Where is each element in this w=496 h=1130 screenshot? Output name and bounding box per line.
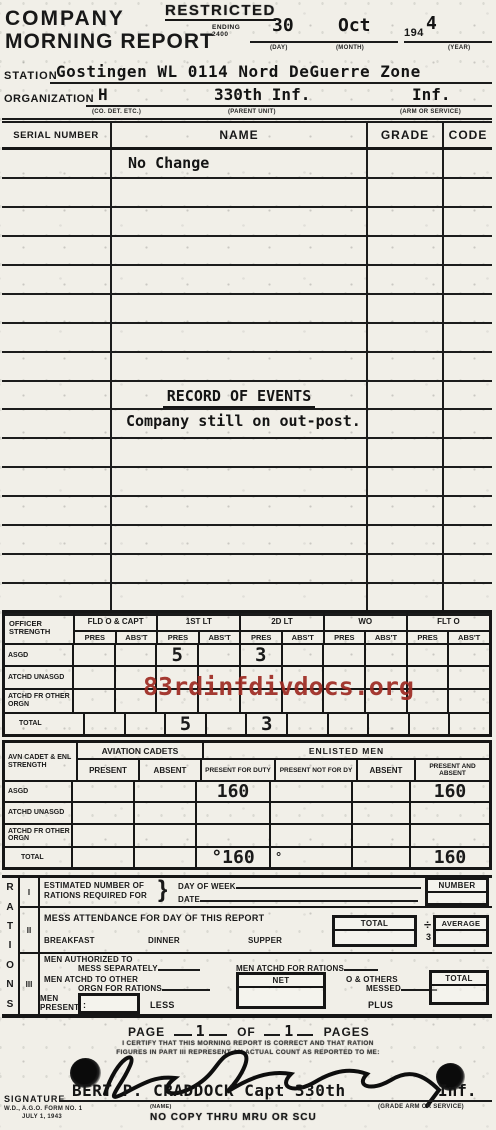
- pres-header: PRES: [158, 632, 200, 643]
- column-header-code: CODE: [444, 123, 492, 147]
- enlisted-row-total: TOTAL °160 ° 160: [5, 848, 489, 867]
- asgd-2d-lt-pres: 3: [241, 645, 283, 665]
- estimated-number-label-1: ESTIMATED NUMBER OF: [44, 881, 144, 890]
- roster-empty-row: [2, 353, 492, 382]
- pres-header: PRES: [241, 632, 283, 643]
- year-underline: [404, 41, 492, 43]
- plus-label: PLUS: [368, 1000, 393, 1010]
- station-label: STATION: [4, 70, 58, 82]
- rations-part-ii: II: [20, 908, 38, 954]
- page-number: 1: [196, 1022, 205, 1040]
- number-box: NUMBER: [425, 877, 489, 906]
- men-atchd-to-other-label: MEN ATCHD TO OTHER: [44, 975, 138, 984]
- men-authorized-label: MEN AUTHORIZED TO: [44, 955, 133, 964]
- estimated-number-label-2: RATIONS REQUIRED FOR: [44, 891, 147, 900]
- no-copy-stamp: NO COPY THRU MRU OR SCU: [150, 1112, 317, 1123]
- day-sublabel: (DAY): [270, 45, 288, 51]
- total-1st-lt-pres: 5: [166, 714, 207, 734]
- officer-row-total: TOTAL 5 3: [5, 714, 489, 734]
- morning-report-document: RESTRICTED COMPANY MORNING REPORT ENDING…: [0, 0, 496, 1130]
- roster-empty-row: [2, 584, 492, 613]
- abst-header: ABS'T: [283, 632, 325, 643]
- record-of-events-title: RECORD OF EVENTS: [163, 387, 316, 408]
- report-day-value: 30: [272, 15, 294, 36]
- signature-underline: [60, 1100, 492, 1102]
- report-month-value: Oct: [338, 15, 371, 36]
- roster-empty-row: [2, 179, 492, 208]
- pres-header: PRES: [325, 632, 367, 643]
- enlisted-row-asgd: ASGD 160 160: [5, 782, 489, 803]
- less-label: LESS: [150, 1000, 175, 1010]
- roster-empty-row: [2, 324, 492, 353]
- page-title-line2: MORNING REPORT: [5, 30, 214, 54]
- ending-2400-label: ENDING 2400: [212, 24, 242, 38]
- grade-cell: [368, 150, 444, 177]
- rations-part-iii: III: [20, 954, 38, 1014]
- station-underline: [50, 82, 492, 84]
- aviation-cadets-group-header: AVIATION CADETS: [78, 743, 204, 758]
- total-present-not-for-duty: °: [271, 848, 353, 867]
- classification-banner: RESTRICTED: [165, 2, 276, 21]
- roster-empty-row: [2, 266, 492, 295]
- roster-header-row: SERIAL NUMBER NAME GRADE CODE: [2, 123, 492, 150]
- cadet-absent-header: ABSENT: [140, 760, 202, 780]
- cadet-present-header: PRESENT: [78, 760, 140, 780]
- mess-separately-label: MESS SEPARATELY: [78, 964, 158, 973]
- roster-empty-row: [2, 555, 492, 584]
- mess-total-box: TOTAL: [332, 915, 417, 947]
- mess-attendance-label: MESS ATTENDANCE FOR DAY OF THIS REPORT: [44, 913, 264, 923]
- rations-side-label: RAT ION S: [2, 878, 20, 1014]
- abst-header: ABS'T: [449, 632, 489, 643]
- present-not-for-duty-header: PRESENT NOT FOR DY: [276, 760, 358, 780]
- roster-entry-row: No Change: [2, 150, 492, 179]
- enlisted-strength-table: AVN CADET & ENL STRENGTH AVIATION CADETS…: [2, 740, 492, 870]
- organization-arm-value: Inf.: [412, 85, 451, 104]
- day-of-week-label: DAY OF WEEK: [178, 882, 236, 891]
- absent-header: ABSENT: [358, 760, 416, 780]
- roster-empty-row: [2, 526, 492, 555]
- signature-typed-name: BERT P. CRADDOCK Capt 330th: [72, 1081, 346, 1100]
- name-cell: No Change: [112, 150, 368, 177]
- orgn-for-rations-label: ORGN FOR RATIONS: [78, 984, 162, 993]
- name-sublabel: (NAME): [150, 1104, 172, 1110]
- roster-empty-row: [2, 497, 492, 526]
- rations-part-ii-section: MESS ATTENDANCE FOR DAY OF THIS REPORT B…: [40, 908, 492, 954]
- divide-by-three: 3: [426, 932, 431, 942]
- supper-label: SUPPER: [248, 936, 282, 945]
- o-and-others-label: O & OTHERS: [346, 975, 398, 984]
- pages-label: PAGES: [324, 1025, 370, 1039]
- messed-label: MESSED: [366, 984, 401, 993]
- asgd-present-for-duty: 160: [197, 782, 271, 801]
- report-year-digit: 4: [426, 13, 437, 34]
- enlisted-men-group-header: ENLISTED MEN: [204, 743, 489, 758]
- rations-total-box: TOTAL: [429, 970, 489, 1005]
- column-header-serial-number: SERIAL NUMBER: [2, 123, 112, 147]
- net-box: NET: [236, 972, 326, 1009]
- rations-part-i: I: [20, 878, 38, 908]
- roster-empty-row: [2, 237, 492, 266]
- serial-cell: [2, 150, 112, 177]
- asgd-1st-lt-pres: 5: [157, 645, 199, 665]
- rations-part-iii-section: MEN AUTHORIZED TO MESS SEPARATELY MEN AT…: [40, 954, 492, 1017]
- group-1st-lt: 1ST LT: [158, 613, 241, 630]
- abst-header: ABS'T: [200, 632, 242, 643]
- roster-empty-row: [2, 468, 492, 497]
- column-header-name: NAME: [112, 123, 368, 147]
- rations-section: RAT ION S I II III ESTIMATED NUMBER OF R…: [2, 875, 492, 1018]
- abst-header: ABS'T: [366, 632, 408, 643]
- present-and-absent-header: PRESENT AND ABSENT: [416, 760, 489, 780]
- organization-parent-unit-value: 330th Inf.: [214, 85, 310, 104]
- no-change-entry: No Change: [128, 154, 209, 172]
- roster-table: SERIAL NUMBER NAME GRADE CODE No Change: [2, 118, 492, 616]
- year-sublabel: (YEAR): [448, 45, 470, 51]
- present-for-duty-header: PRESENT FOR DUTY: [202, 760, 276, 780]
- page-title-line1: COMPANY: [5, 7, 125, 31]
- total-present-and-absent: 160: [411, 848, 489, 867]
- signature-arm-value: Inf.: [438, 1081, 477, 1100]
- average-box: AVERAGE: [433, 915, 489, 947]
- asgd-present-and-absent: 160: [411, 782, 489, 801]
- group-fld-o-capt: FLD O & CAPT: [75, 613, 158, 630]
- form-number-line1: W.D., A.G.O. FORM NO. 1: [4, 1106, 82, 1112]
- enlisted-corner-label: AVN CADET & ENL STRENGTH: [5, 743, 78, 780]
- organization-company-value: H: [98, 85, 108, 104]
- roster-empty-row: [2, 295, 492, 324]
- station-value: Gostingen WL 0114 Nord DeGuerre Zone: [56, 62, 421, 81]
- year-preprint: 194: [404, 27, 424, 39]
- company-sublabel: (CO. DET. ETC.): [92, 109, 141, 115]
- form-number-line2: JULY 1, 1943: [22, 1114, 62, 1120]
- pres-header: PRES: [408, 632, 450, 643]
- page-count-line: PAGE 1 OF 1 PAGES: [128, 1022, 370, 1041]
- of-label: OF: [237, 1025, 256, 1039]
- abst-header: ABS'T: [117, 632, 159, 643]
- date-underline: [250, 41, 398, 43]
- group-2d-lt: 2D LT: [241, 613, 324, 630]
- divide-sign: ÷: [424, 917, 431, 932]
- month-sublabel: (MONTH): [336, 45, 364, 51]
- organization-label: ORGANIZATION: [4, 93, 94, 105]
- column-header-grade: GRADE: [368, 123, 444, 147]
- men-present-box: :: [78, 993, 140, 1014]
- record-of-events-title-row: RECORD OF EVENTS: [2, 382, 492, 411]
- grade-arm-sublabel: (GRADE ARM OR SERVICE): [378, 1104, 464, 1110]
- organization-underline: [86, 105, 492, 107]
- breakfast-label: BREAKFAST: [44, 936, 95, 945]
- officer-strength-corner-label: OFFICER STRENGTH: [5, 613, 75, 643]
- enlisted-row-atchd-fr-other-orgn: ATCHD FR OTHER ORGN: [5, 825, 489, 848]
- officer-row-asgd: ASGD 5 3: [5, 645, 489, 667]
- group-wo: WO: [325, 613, 408, 630]
- men-present-label: MEN PRESENT: [40, 995, 74, 1012]
- rations-part-i-section: ESTIMATED NUMBER OF RATIONS REQUIRED FOR…: [40, 878, 492, 908]
- total-present-for-duty: °160: [197, 848, 271, 867]
- signature-label: SIGNATURE: [4, 1094, 65, 1104]
- site-watermark: 83rdinfdivdocs.org: [143, 672, 414, 701]
- enlisted-row-atchd-unasgd: ATCHD UNASGD: [5, 803, 489, 824]
- record-of-events-entry: Company still on out-post.: [126, 412, 361, 430]
- arm-sublabel: (ARM OR SERVICE): [400, 109, 461, 115]
- pages-number: 1: [284, 1022, 293, 1040]
- parent-unit-sublabel: (PARENT UNIT): [228, 109, 276, 115]
- dinner-label: DINNER: [148, 936, 180, 945]
- code-cell: [444, 150, 492, 177]
- pres-header: PRES: [75, 632, 117, 643]
- total-2d-lt-pres: 3: [247, 714, 288, 734]
- rations-date-label: DATE: [178, 895, 200, 904]
- page-label: PAGE: [128, 1025, 165, 1039]
- group-flt-o: FLT O: [408, 613, 489, 630]
- record-of-events-entry-row: Company still on out-post.: [2, 410, 492, 439]
- roster-empty-row: [2, 439, 492, 468]
- brace-glyph: }: [158, 876, 167, 904]
- roster-empty-row: [2, 208, 492, 237]
